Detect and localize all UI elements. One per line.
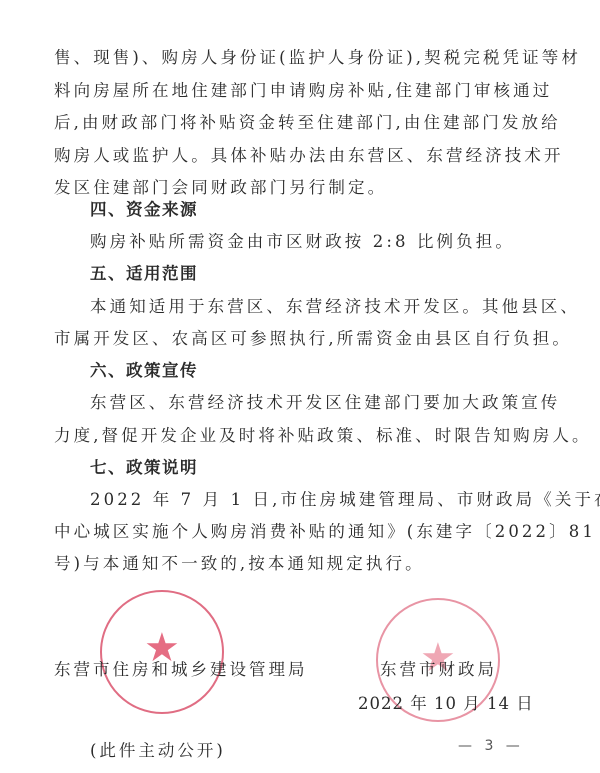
section-heading-explanation: 七、政策说明 [90, 457, 560, 479]
body-line: 购房补贴所需资金由市区财政按 2:8 比例负担。 [90, 231, 560, 253]
document-page: 售、现售)、购房人身份证(监护人身份证),契税完税凭证等材 料向房屋所在地住建部… [0, 0, 600, 773]
housing-bureau-signature: 东营市住房和城乡建设管理局 [54, 656, 308, 680]
finance-bureau-signature: 东营市财政局 [380, 656, 497, 680]
body-line: 本通知适用于东营区、东营经济技术开发区。其他县区、 [90, 296, 560, 318]
page-number: — 3 — [458, 738, 524, 754]
body-line: 售、现售)、购房人身份证(监护人身份证),契税完税凭证等材 [54, 47, 524, 69]
body-line: 力度,督促开发企业及时将补贴政策、标准、时限告知购房人。 [54, 425, 524, 447]
housing-bureau-seal: ★ [100, 590, 224, 714]
section-heading-funding: 四、资金来源 [90, 199, 560, 221]
body-line: 后,由财政部门将补贴资金转至住建部门,由住建部门发放给 [54, 112, 524, 134]
body-line: 料向房屋所在地住建部门申请购房补贴,住建部门审核通过 [54, 80, 524, 102]
body-line: 东营区、东营经济技术开发区住建部门要加大政策宣传 [90, 392, 560, 414]
section-heading-publicity: 六、政策宣传 [90, 360, 560, 382]
disclosure-note: (此件主动公开) [90, 737, 226, 761]
body-line: 中心城区实施个人购房消费补贴的通知》(东建字〔2022〕81 [54, 521, 524, 543]
body-line: 发区住建部门会同财政部门另行制定。 [54, 177, 524, 199]
signature-date: 2022 年 10 月 14 日 [358, 690, 534, 714]
body-line: 市属开发区、农高区可参照执行,所需资金由县区自行负担。 [54, 328, 524, 350]
body-line: 购房人或监护人。具体补贴办法由东营区、东营经济技术开 [54, 145, 524, 167]
body-line: 号)与本通知不一致的,按本通知规定执行。 [54, 553, 524, 575]
body-line: 2022 年 7 月 1 日,市住房城建管理局、市财政局《关于在 [90, 489, 560, 511]
section-heading-scope: 五、适用范围 [90, 263, 560, 285]
